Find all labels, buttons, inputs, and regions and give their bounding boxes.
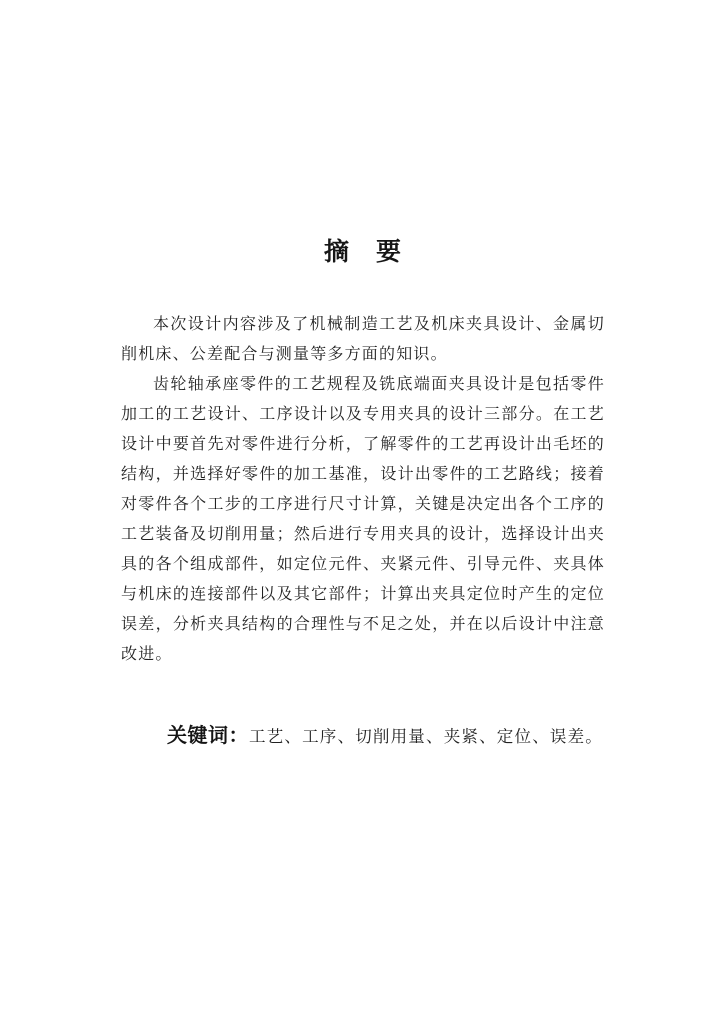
keywords-text: 工艺、工序、切削用量、夹紧、定位、误差。	[249, 727, 603, 746]
page-title: 摘 要	[121, 236, 605, 268]
document-page: 摘 要 本次设计内容涉及了机械制造工艺及机床夹具设计、金属切削机床、公差配合与测…	[0, 0, 725, 1024]
abstract-body: 本次设计内容涉及了机械制造工艺及机床夹具设计、金属切削机床、公差配合与测量等多方…	[121, 310, 605, 753]
abstract-paragraph-1: 本次设计内容涉及了机械制造工艺及机床夹具设计、金属切削机床、公差配合与测量等多方…	[121, 310, 605, 370]
abstract-paragraph-2: 齿轮轴承座零件的工艺规程及铣底端面夹具设计是包括零件加工的工艺设计、工序设计以及…	[121, 370, 605, 670]
keywords-line: 关键词：工艺、工序、切削用量、夹紧、定位、误差。	[121, 720, 605, 753]
keywords-label: 关键词：	[167, 723, 249, 747]
